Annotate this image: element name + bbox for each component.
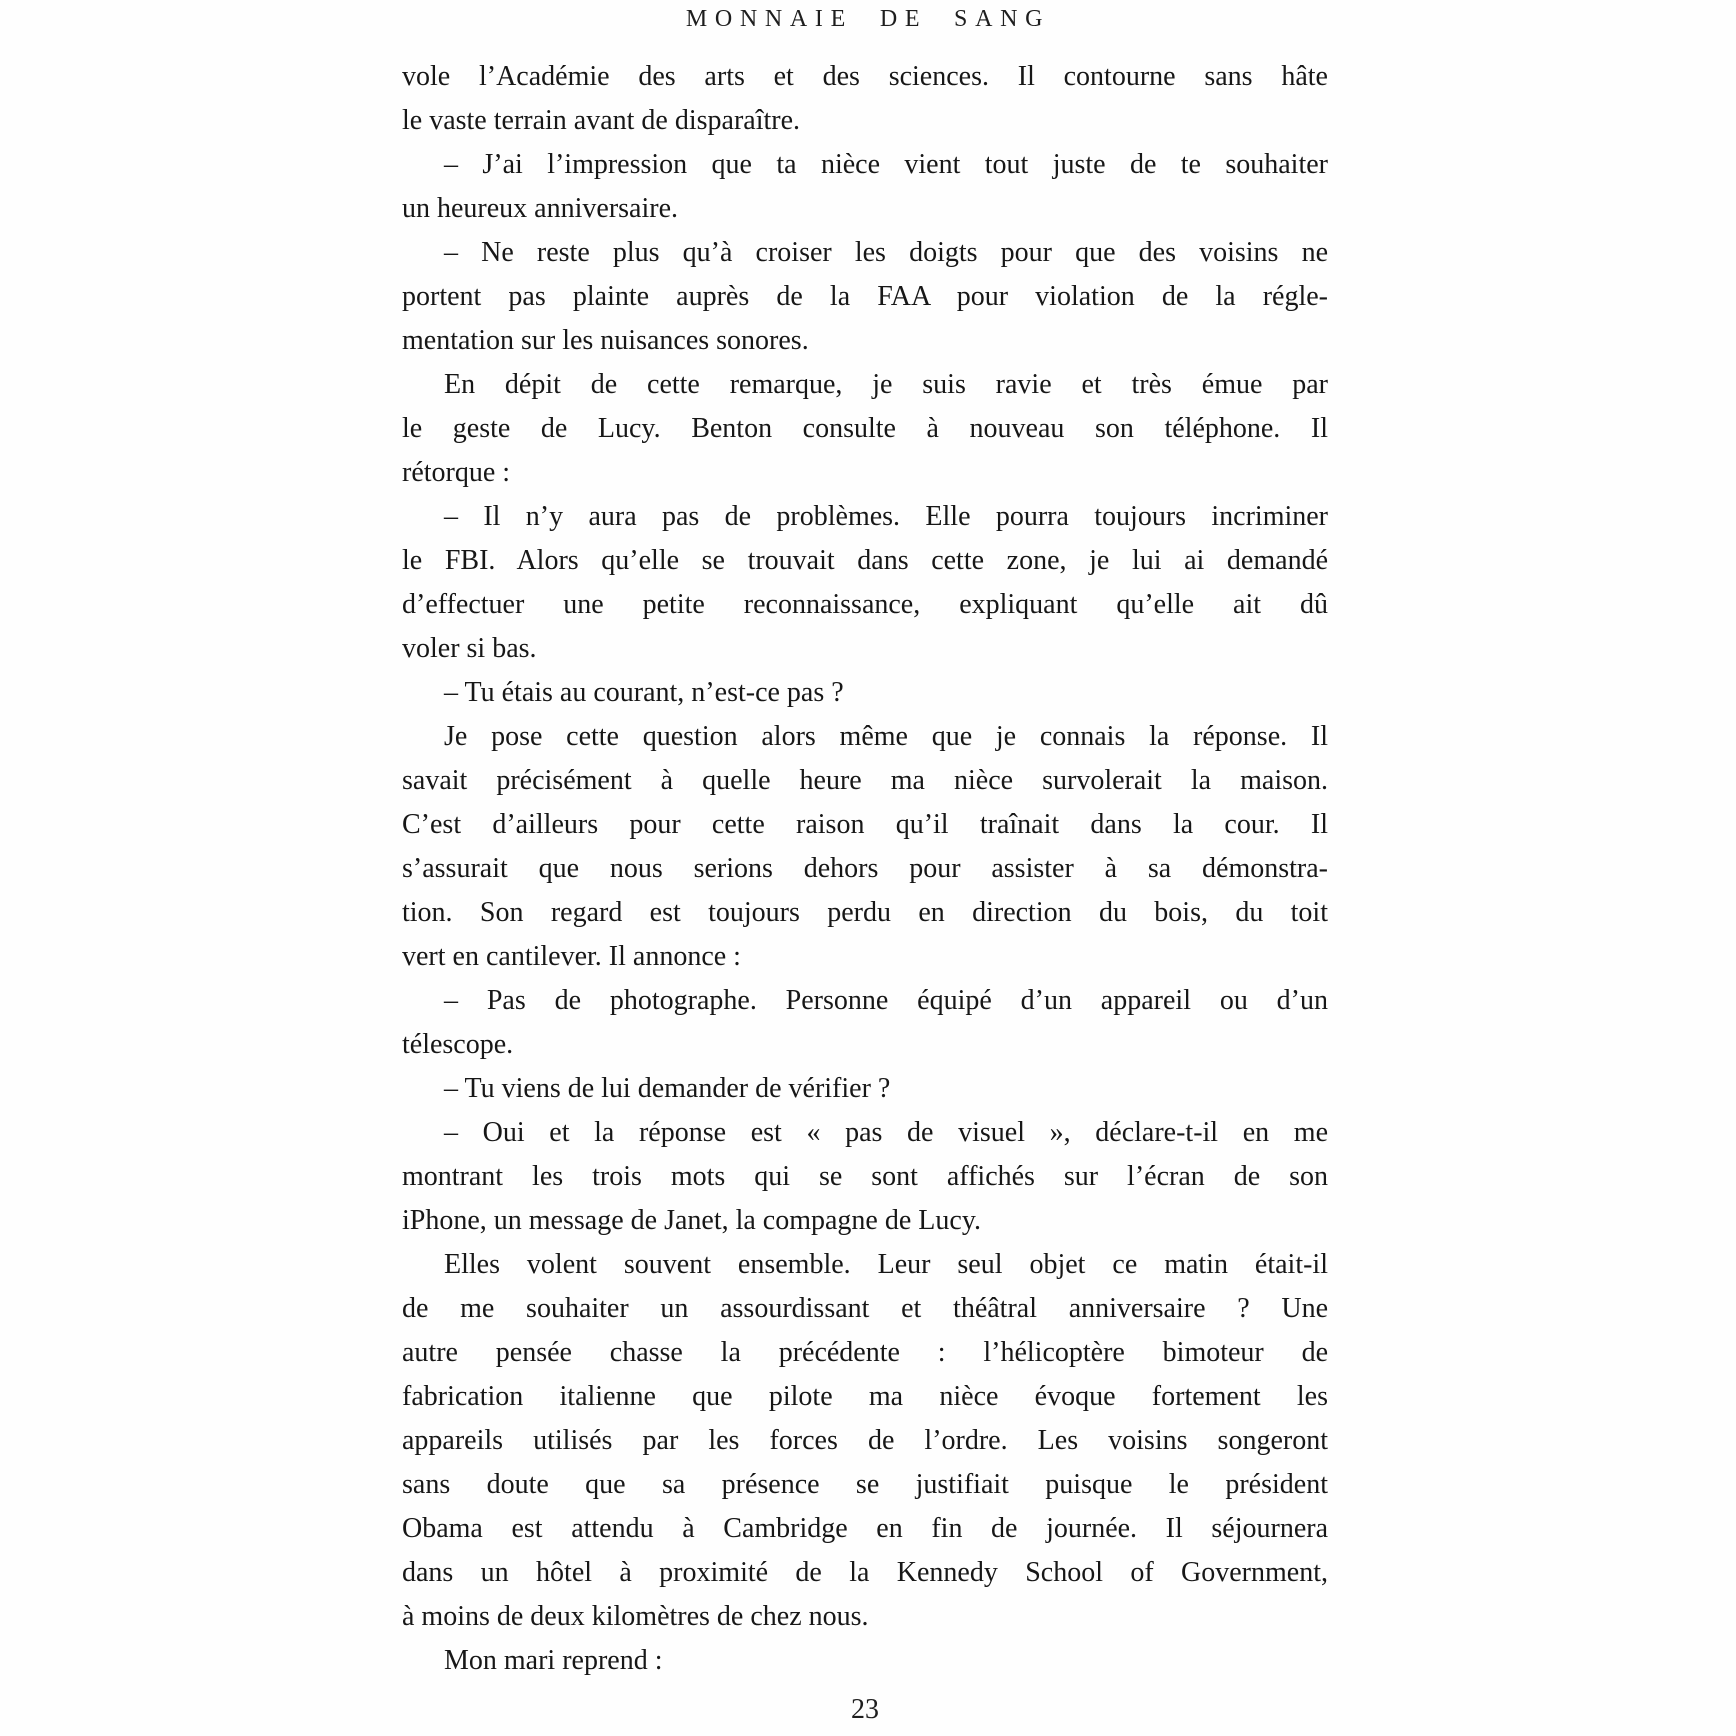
text-line: voler si bas. [402,627,1328,671]
text-line: fabrication italienne que pilote ma nièc… [402,1375,1328,1419]
text-line: Mon mari reprend : [402,1639,1328,1683]
page-number: 23 [402,1688,1328,1732]
page-body: vole l’Académie des arts et des sciences… [402,55,1328,1683]
text-line: iPhone, un message de Janet, la compagne… [402,1199,1328,1243]
text-line: autre pensée chasse la précédente : l’hé… [402,1331,1328,1375]
text-line: vole l’Académie des arts et des sciences… [402,55,1328,99]
text-line: Elles volent souvent ensemble. Leur seul… [402,1243,1328,1287]
running-header: MONNAIE DE SANG [0,2,1736,36]
text-line: portent pas plainte auprès de la FAA pou… [402,275,1328,319]
text-line: un heureux anniversaire. [402,187,1328,231]
text-line: – Pas de photographe. Personne équipé d’… [402,979,1328,1023]
text-line: de me souhaiter un assourdissant et théâ… [402,1287,1328,1331]
text-line: C’est d’ailleurs pour cette raison qu’il… [402,803,1328,847]
text-line: mentation sur les nuisances sonores. [402,319,1328,363]
text-line: appareils utilisés par les forces de l’o… [402,1419,1328,1463]
text-line: à moins de deux kilomètres de chez nous. [402,1595,1328,1639]
text-line: – Oui et la réponse est « pas de visuel … [402,1111,1328,1155]
text-line: montrant les trois mots qui se sont affi… [402,1155,1328,1199]
text-line: le geste de Lucy. Benton consulte à nouv… [402,407,1328,451]
text-line: – J’ai l’impression que ta nièce vient t… [402,143,1328,187]
text-line: – Il n’y aura pas de problèmes. Elle pou… [402,495,1328,539]
text-line: Obama est attendu à Cambridge en fin de … [402,1507,1328,1551]
text-line: – Tu étais au courant, n’est-ce pas ? [402,671,1328,715]
text-line: rétorque : [402,451,1328,495]
text-line: le FBI. Alors qu’elle se trouvait dans c… [402,539,1328,583]
book-page: MONNAIE DE SANG vole l’Académie des arts… [0,0,1736,1736]
text-line: s’assurait que nous serions dehors pour … [402,847,1328,891]
text-line: savait précisément à quelle heure ma niè… [402,759,1328,803]
text-line: En dépit de cette remarque, je suis ravi… [402,363,1328,407]
text-line: le vaste terrain avant de disparaître. [402,99,1328,143]
text-line: d’effectuer une petite reconnaissance, e… [402,583,1328,627]
text-line: télescope. [402,1023,1328,1067]
text-line: Je pose cette question alors même que je… [402,715,1328,759]
text-line: vert en cantilever. Il annonce : [402,935,1328,979]
text-line: sans doute que sa présence se justifiait… [402,1463,1328,1507]
text-line: – Ne reste plus qu’à croiser les doigts … [402,231,1328,275]
text-line: tion. Son regard est toujours perdu en d… [402,891,1328,935]
text-line: – Tu viens de lui demander de vérifier ? [402,1067,1328,1111]
text-line: dans un hôtel à proximité de la Kennedy … [402,1551,1328,1595]
